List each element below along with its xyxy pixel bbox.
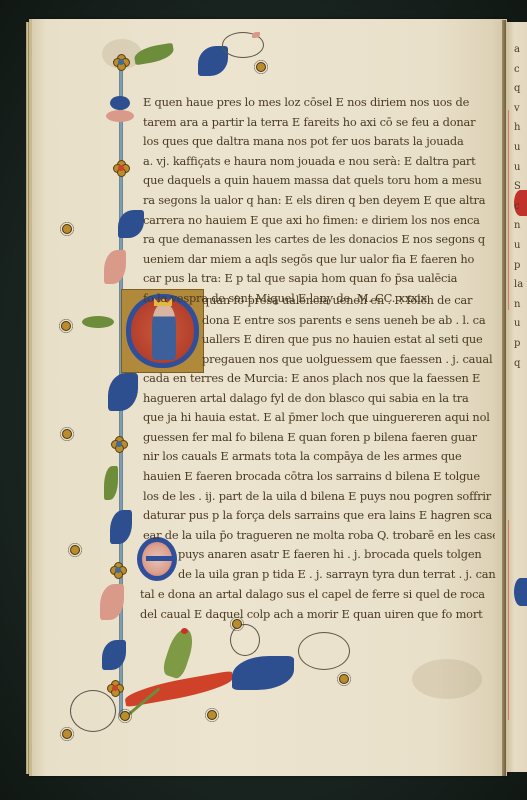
- text-line: pregauen nos que uolguessem que faessen …: [202, 350, 497, 370]
- text-char: n: [514, 216, 527, 236]
- text-block-2: quan fo presa ualencia ueneh en . P. fol…: [202, 291, 497, 369]
- text-char: q: [514, 79, 527, 99]
- text-line: de la uila gran p tida E . j. sarrayn ty…: [178, 565, 496, 585]
- text-line: tarem ara a partir la terra E fareits ho…: [143, 113, 495, 133]
- text-line: ra segons la ualor q han: E els diren q …: [143, 191, 495, 211]
- text-line: carrera no hauiem E que axi ho fimen: e …: [143, 211, 495, 231]
- green-bud: [82, 316, 114, 328]
- text-char: la: [514, 275, 527, 295]
- text-char: p: [514, 256, 527, 276]
- pink-bloom: [106, 110, 134, 122]
- parchment-stain: [412, 659, 482, 699]
- text-char: a: [514, 40, 527, 60]
- text-line: del caual E daquel colp ach a morir E qu…: [140, 605, 496, 625]
- vine-tendril: [70, 690, 116, 732]
- text-char: n: [514, 295, 527, 315]
- gold-dot-icon: [61, 321, 71, 331]
- text-line: los ques que daltra mana nos pot fer uos…: [143, 132, 495, 152]
- text-block-3: cada en terres de Murcia: E anos plach n…: [143, 369, 495, 545]
- facing-page-pen-flourish: [508, 520, 527, 720]
- text-line: ear de la uila p̄o tragueren ne molta ro…: [143, 526, 495, 546]
- gold-flower-icon: [107, 680, 123, 696]
- text-line: hagueren artal dalago fyl de don blasco …: [143, 389, 495, 409]
- blue-bloom: [110, 96, 130, 110]
- text-line: a. vj. kaffiçats e haura nom jouada e no…: [143, 152, 495, 172]
- text-line: que ja hi hauia estat. E al p̄mer loch q…: [143, 408, 495, 428]
- text-line: ueniem dar miem a aqls segōs que lur ual…: [143, 250, 495, 270]
- gold-flower-icon: [111, 436, 127, 452]
- text-line: daturar pus p la força dels sarrains que…: [143, 506, 495, 526]
- text-line: que daquels a quin hauem massa dat quels…: [143, 171, 495, 191]
- text-char: c: [514, 60, 527, 80]
- vine-tendril: [298, 632, 350, 670]
- facing-page-blue-initial: [514, 578, 527, 606]
- text-char: u: [514, 236, 527, 256]
- text-char: u: [514, 138, 527, 158]
- facing-page-text: a c q v h u u S c n u p la n u p q: [514, 40, 527, 373]
- king-figure: [152, 304, 176, 360]
- text-line: car pus la tra: E p tal que sapia hom qu…: [143, 269, 495, 289]
- text-line: nir los cauals E armats tota la compāya …: [143, 447, 495, 467]
- text-line: puys anaren asatr E faeren hi . j. broca…: [178, 545, 496, 565]
- text-char: S: [514, 177, 527, 197]
- text-line: cada en terres de Murcia: E anos plach n…: [143, 369, 495, 389]
- gold-dot-icon: [62, 729, 72, 739]
- gold-dot-icon: [256, 62, 266, 72]
- text-char: c: [514, 197, 527, 217]
- text-line: dona E entre sos parents e sens ueneh be…: [202, 311, 497, 331]
- gold-flower-icon: [110, 562, 126, 578]
- text-line: quan fo presa ualencia ueneh en . P. fol…: [202, 291, 497, 311]
- gold-dot-icon: [120, 711, 130, 721]
- gold-dot-icon: [70, 545, 80, 555]
- gold-dot-icon: [207, 710, 217, 720]
- gold-dot-icon: [62, 429, 72, 439]
- text-char: q: [514, 354, 527, 374]
- text-char: u: [514, 314, 527, 334]
- text-line: tal e dona an artal dalago sus el capel …: [140, 585, 496, 605]
- gold-dot-icon: [62, 224, 72, 234]
- gold-flower-icon: [113, 54, 129, 70]
- parrot-beak: [181, 628, 188, 634]
- text-line: hauien E faeren brocada cōtra los sarrai…: [143, 467, 495, 487]
- gold-dot-icon: [339, 674, 349, 684]
- text-char: v: [514, 99, 527, 119]
- text-char: h: [514, 118, 527, 138]
- text-block-4: puys anaren asatr E faeren hi . j. broca…: [178, 545, 496, 584]
- text-line: los de les . ij. part de la uila d bilen…: [143, 487, 495, 507]
- text-char: p: [514, 334, 527, 354]
- text-line: E quen haue pres lo mes loz cōsel E nos …: [143, 93, 495, 113]
- text-line: ra que demanassen les cartes de les dona…: [143, 230, 495, 250]
- text-line: guessen fer mal fo bilena E quan foren p…: [143, 428, 495, 448]
- text-char: u: [514, 158, 527, 178]
- gold-flower-icon: [113, 160, 129, 176]
- text-line: uallers E diren que pus no hauien estat …: [202, 330, 497, 350]
- text-block-5: tal e dona an artal dalago sus el capel …: [140, 585, 496, 624]
- text-block-1: E quen haue pres lo mes loz cōsel E nos …: [143, 93, 495, 309]
